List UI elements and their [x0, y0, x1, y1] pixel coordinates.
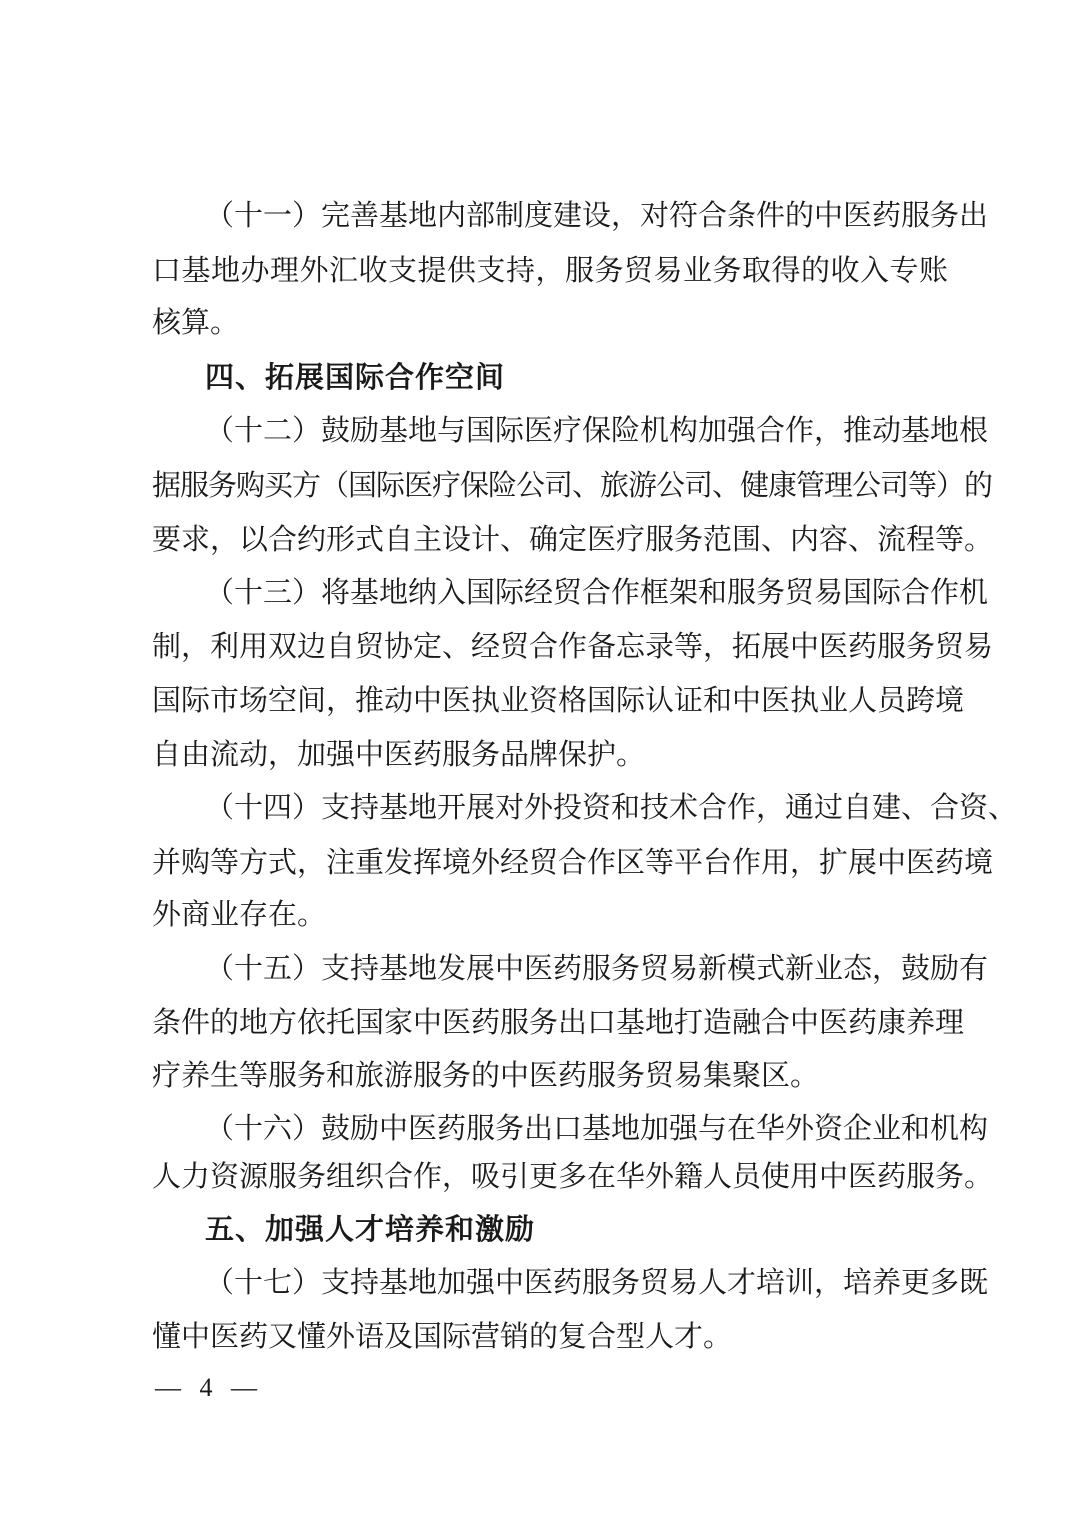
paragraph-13-line-3: 国际市场空间，推动中医执业资格国际认证和中医执业人员跨境 [152, 680, 948, 720]
paragraph-11-line-3: 核算。 [152, 302, 948, 342]
paragraph-15-line-2: 条件的地方依托国家中医药服务出口基地打造融合中医药康养理 [152, 1002, 948, 1042]
paragraph-11-line-1: （十一）完善基地内部制度建设，对符合条件的中医药服务出 [205, 195, 948, 235]
section-heading-4: 四、拓展国际合作空间 [205, 357, 505, 397]
section-heading-5: 五、加强人才培养和激励 [205, 1209, 535, 1249]
paragraph-12-line-2: 据服务购买方（国际医疗保险公司、旅游公司、健康管理公司等）的 [152, 465, 948, 505]
paragraph-15-line-1: （十五）支持基地发展中医药服务贸易新模式新业态，鼓励有 [205, 948, 948, 988]
paragraph-13-line-4: 自由流动，加强中医药服务品牌保护。 [152, 734, 948, 774]
paragraph-13-line-2: 制，利用双边自贸协定、经贸合作备忘录等，拓展中医药服务贸易 [152, 626, 948, 666]
paragraph-14-line-3: 外商业存在。 [152, 894, 948, 934]
paragraph-15-line-3: 疗养生等服务和旅游服务的中医药服务贸易集聚区。 [152, 1055, 948, 1095]
paragraph-13-line-1: （十三）将基地纳入国际经贸合作框架和服务贸易国际合作机 [205, 572, 948, 612]
paragraph-12-line-1: （十二）鼓励基地与国际医疗保险机构加强合作，推动基地根 [205, 410, 948, 450]
paragraph-12-line-3: 要求，以合约形式自主设计、确定医疗服务范围、内容、流程等。 [152, 519, 948, 559]
paragraph-14-line-2: 并购等方式，注重发挥境外经贸合作区等平台作用，扩展中医药境 [152, 842, 948, 882]
paragraph-11-line-2: 口基地办理外汇收支提供支持，服务贸易业务取得的收入专账 [152, 250, 948, 290]
paragraph-14-line-1: （十四）支持基地开展对外投资和技术合作，通过自建、合资、 [205, 787, 948, 827]
page-number: — 4 — [155, 1370, 263, 1406]
paragraph-16-line-2: 人力资源服务组织合作，吸引更多在华外籍人员使用中医药服务。 [152, 1156, 948, 1196]
paragraph-17-line-1: （十七）支持基地加强中医药服务贸易人才培训，培养更多既 [205, 1262, 948, 1302]
paragraph-16-line-1: （十六）鼓励中医药服务出口基地加强与在华外资企业和机构 [205, 1108, 948, 1148]
paragraph-17-line-2: 懂中医药又懂外语及国际营销的复合型人才。 [152, 1316, 948, 1356]
